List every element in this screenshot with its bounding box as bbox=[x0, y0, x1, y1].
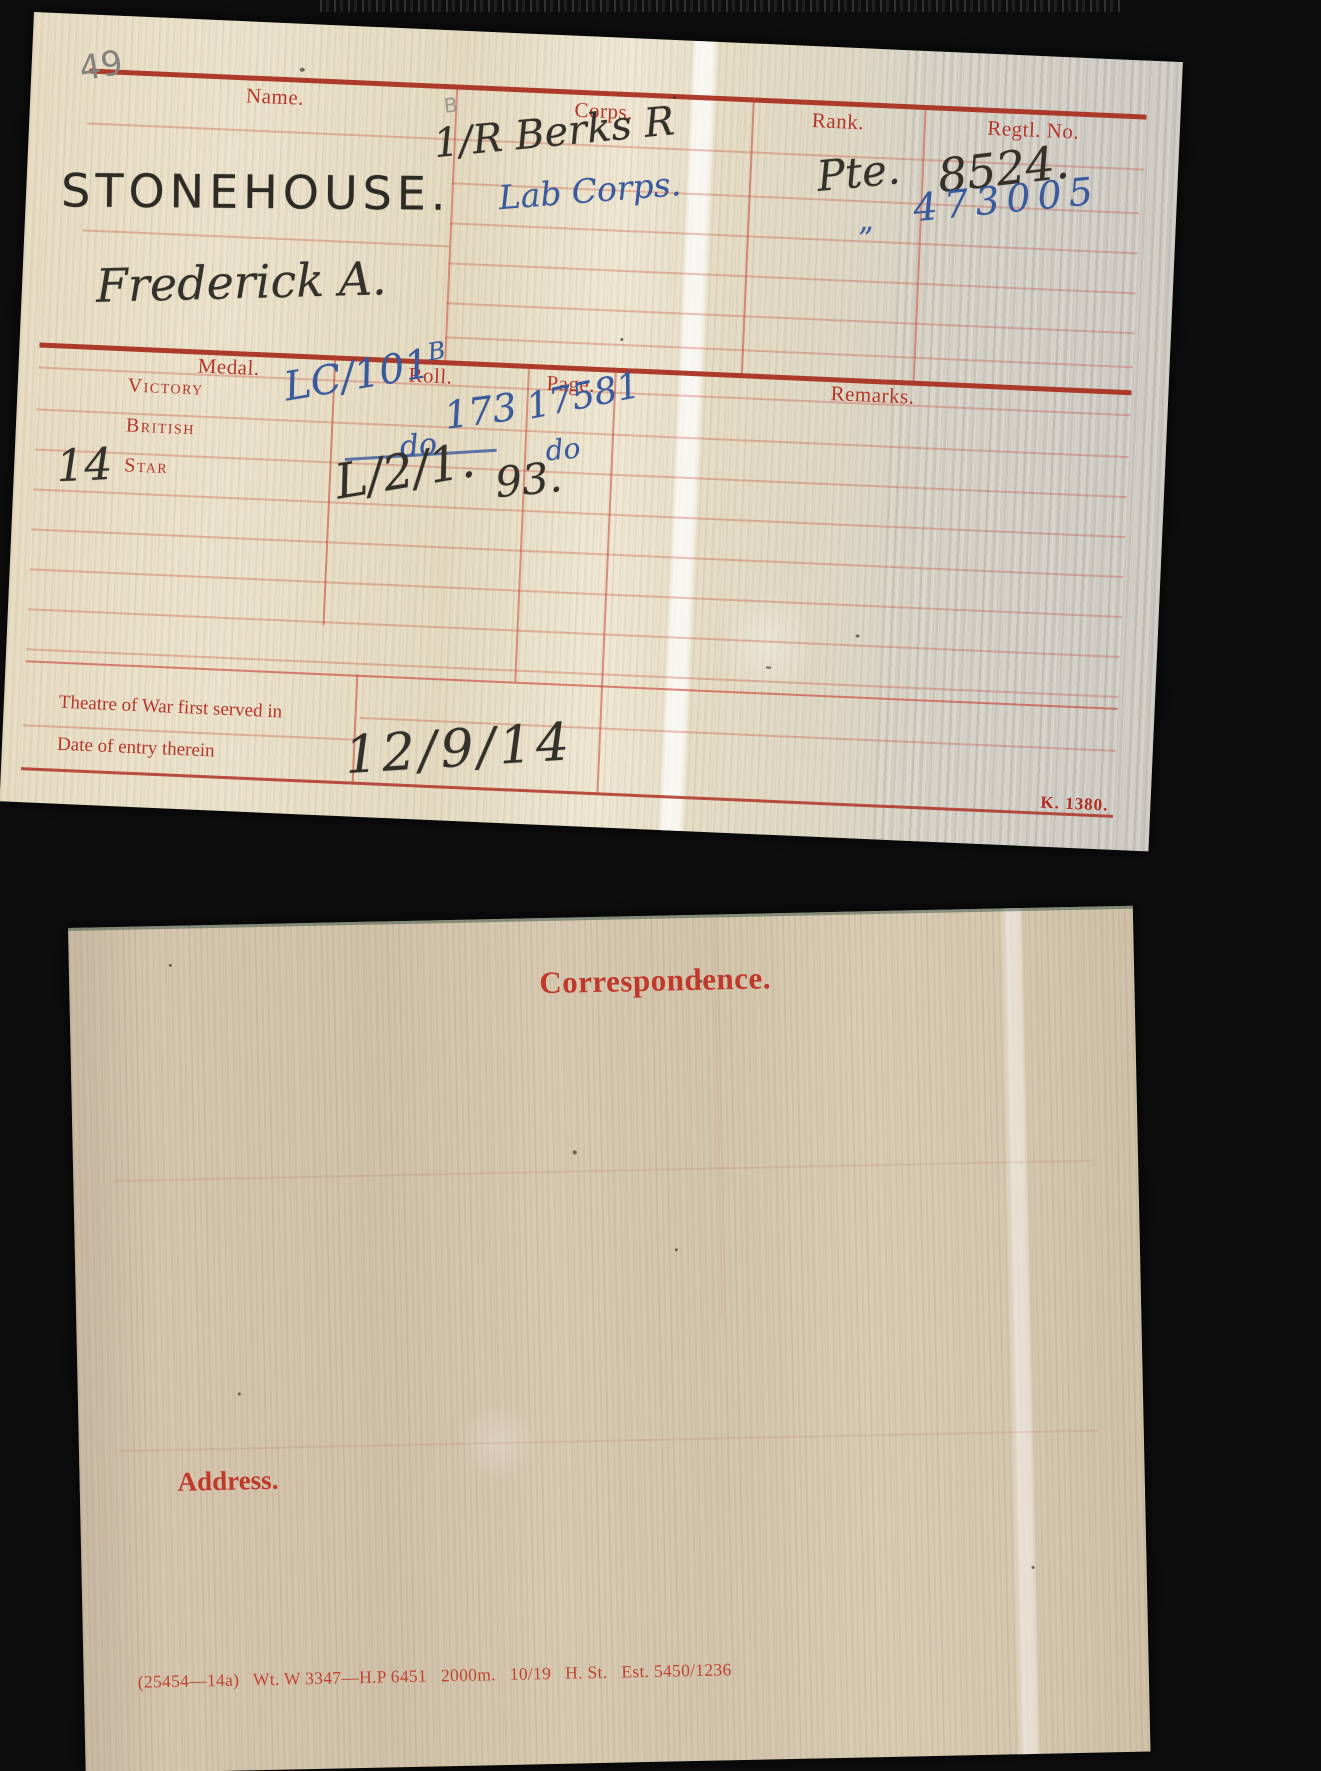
row-rule bbox=[450, 222, 1137, 254]
roll-star-entry: L/2/1. bbox=[331, 432, 479, 510]
roll-victory-entry: LC/101B bbox=[281, 338, 451, 411]
medal-row-victory-label: Victory bbox=[127, 374, 204, 400]
medal-index-card-back: Correspondence. Address. (25454—14a) Wt.… bbox=[68, 906, 1150, 1771]
address-label: Address. bbox=[177, 1465, 278, 1498]
row-rule bbox=[445, 336, 1132, 368]
bleed-through-rule bbox=[119, 1430, 1099, 1453]
medal-row-british-label: British bbox=[126, 414, 196, 440]
row-rule bbox=[448, 262, 1135, 294]
pencil-number-annotation: 49 bbox=[76, 43, 125, 90]
star-prefix-entry: 14 bbox=[55, 439, 113, 492]
ink-speck bbox=[673, 96, 676, 99]
row-rule bbox=[31, 528, 1123, 577]
roll-victory-text: LC/101 bbox=[281, 341, 434, 411]
corps-entry-2: Lab Corps. bbox=[497, 164, 682, 217]
row-rule bbox=[26, 648, 1118, 697]
pencil-corps-annotation: B bbox=[443, 93, 459, 118]
medal-index-card-front: Name. Corps. Rank. Regtl. No. Medal. Rol… bbox=[0, 12, 1183, 851]
name-column-rule bbox=[83, 229, 450, 247]
ink-speck bbox=[238, 1392, 241, 1395]
bleed-through-rule bbox=[113, 1160, 1093, 1183]
row-rule bbox=[447, 302, 1134, 334]
ink-speck bbox=[856, 634, 860, 637]
medal-row-star-label: Star bbox=[124, 454, 169, 479]
roll-extra-entry: 173 bbox=[442, 385, 520, 438]
theatre-of-war-label: Theatre of War first served in bbox=[58, 692, 282, 724]
rank-column-header: Rank. bbox=[752, 105, 925, 137]
row-rule bbox=[28, 608, 1120, 657]
form-code: K. 1380. bbox=[1040, 793, 1109, 816]
printer-imprint: (25454—14a) Wt. W 3347—H.P 6451 2000m. 1… bbox=[138, 1659, 732, 1692]
ink-speck bbox=[1032, 1566, 1035, 1569]
page-star-entry: 93. bbox=[493, 452, 564, 507]
date-of-entry-label: Date of entry therein bbox=[57, 734, 216, 763]
correspondence-title: Correspondence. bbox=[539, 960, 771, 1001]
forenames-entry: Frederick A. bbox=[95, 251, 387, 313]
scanner-streak bbox=[320, 0, 1120, 12]
surname-entry: STONEHOUSE. bbox=[61, 163, 451, 220]
ink-speck bbox=[766, 667, 771, 669]
row-rule bbox=[30, 568, 1122, 617]
rank-entry: Pte. bbox=[815, 144, 903, 201]
ink-speck bbox=[620, 338, 623, 341]
rank-ditto-mark: ” bbox=[858, 221, 875, 257]
ink-speck bbox=[699, 980, 702, 983]
date-of-entry-value: 12/9/14 bbox=[343, 712, 575, 786]
ink-speck bbox=[169, 964, 172, 967]
ink-speck bbox=[675, 1248, 678, 1251]
row-rule bbox=[33, 488, 1125, 537]
ink-speck bbox=[573, 1150, 577, 1154]
ink-speck bbox=[300, 68, 305, 72]
bottom-border-rule bbox=[21, 767, 1113, 818]
